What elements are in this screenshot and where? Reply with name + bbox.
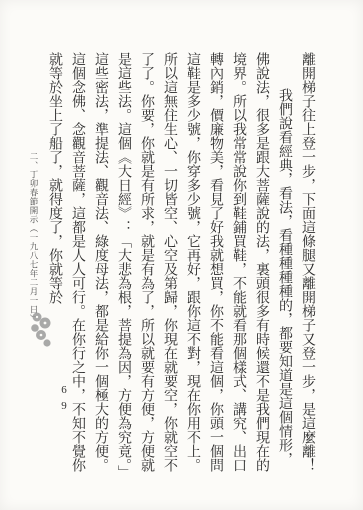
book-page: 離開梯子往上登一步，下面這條腿又離開梯子又登一步，是這麼離！ 我們說看經典，看法… xyxy=(0,0,363,510)
flower-stamp-icon xyxy=(28,310,54,352)
main-text-block: 離開梯子往上登一步，下面這條腿又離開梯子又登一步，是這麼離！ 我們說看經典，看法… xyxy=(43,52,319,474)
paragraph-body: 我們說看經典，看法，看種種種種的，都要知道是這個情形，佛說法，很多是跟大菩薩說的… xyxy=(43,52,296,474)
paragraph-continuation: 離開梯子往上登一步，下面這條腿又離開梯子又登一步，是這麼離！ xyxy=(296,52,319,474)
page-number: 69 xyxy=(58,384,70,416)
